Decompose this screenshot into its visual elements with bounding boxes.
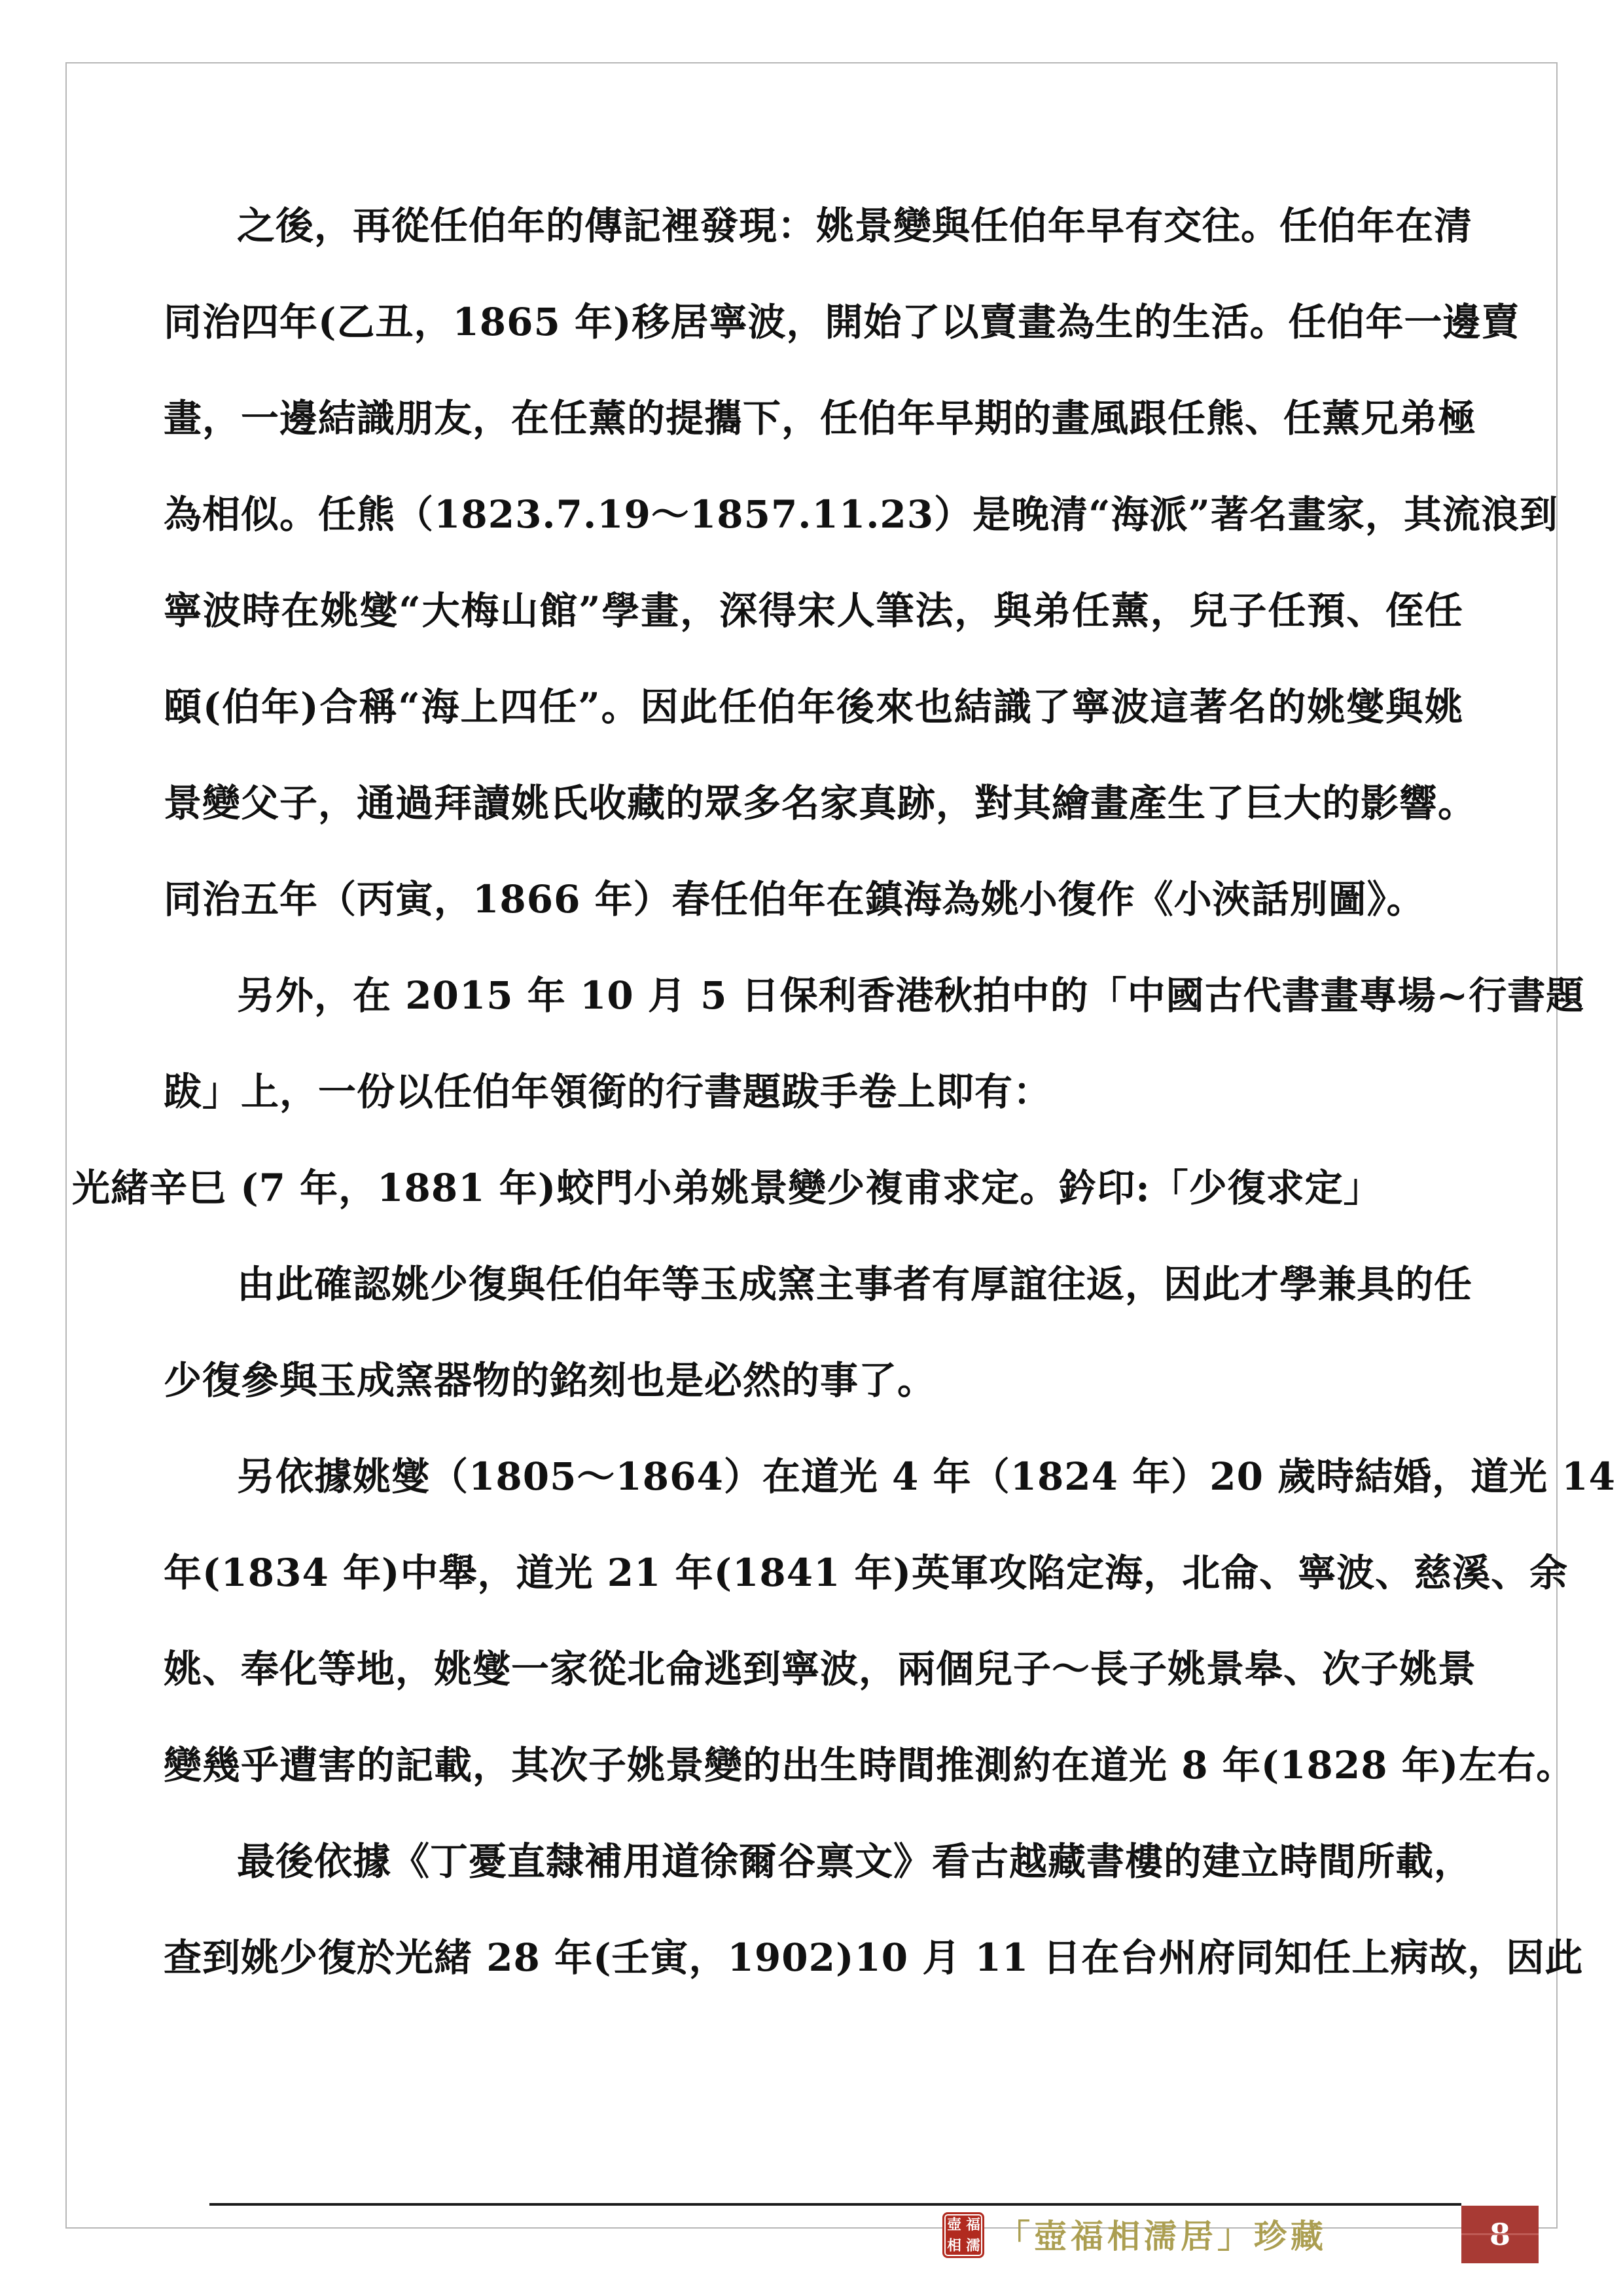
- footer-collection-caption: 「壺福相濡居」珍藏: [997, 2214, 1327, 2259]
- text-line: 頤(伯年)合稱“海上四任”。因此任伯年後來也結識了寧波這著名的姚燮與姚: [164, 659, 1463, 755]
- text-line: 年(1834 年)中舉，道光 21 年(1841 年)英軍攻陷定海，北侖、寧波、…: [164, 1525, 1463, 1621]
- body-text: 之後，再從任伯年的傳記裡發現：姚景變與任伯年早有交往。任伯年在清 同治四年(乙丑…: [164, 178, 1463, 2006]
- page-number-badge: 8: [1461, 2206, 1539, 2263]
- text-line: 變幾乎遭害的記載，其次子姚景變的出生時間推測約在道光 8 年(1828 年)左右…: [164, 1717, 1463, 1814]
- text-line: 最後依據《丁憂直隸補用道徐爾谷禀文》看古越藏書樓的建立時間所載，: [164, 1814, 1463, 1910]
- text-line: 跋」上，一份以任伯年領銜的行書題跋手卷上即有：: [164, 1044, 1463, 1140]
- text-line: 由此確認姚少復與任伯年等玉成窯主事者有厚誼往返，因此才學兼具的任: [164, 1236, 1463, 1333]
- text-line: 同治五年（丙寅，1866 年）春任伯年在鎮海為姚小復作《小浹話別圖》。: [164, 852, 1463, 948]
- text-line: 另外，在 2015 年 10 月 5 日保利香港秋拍中的「中國古代書畫專場~行書…: [164, 948, 1463, 1044]
- text-line-quote: 光緒辛巳 (7 年，1881 年)蛟門小弟姚景變少複甫求定。鈐印:「少復求定」: [72, 1140, 1463, 1236]
- text-line: 景變父子，通過拜讀姚氏收藏的眾多名家真跡，對其繪畫產生了巨大的影響。: [164, 755, 1463, 852]
- text-line: 另依據姚燮（1805～1864）在道光 4 年（1824 年）20 歲時結婚，道…: [164, 1429, 1463, 1525]
- text-line: 之後，再從任伯年的傳記裡發現：姚景變與任伯年早有交往。任伯年在清: [164, 178, 1463, 274]
- text-line: 少復參與玉成窯器物的銘刻也是必然的事了。: [164, 1333, 1463, 1429]
- footer-divider-rule: [209, 2203, 1461, 2206]
- text-line: 寧波時在姚燮“大梅山館”學畫，深得宋人筆法，與弟任薰，兒子任預、侄任: [164, 563, 1463, 659]
- page-badge-rule: [1461, 2233, 1539, 2235]
- text-line: 查到姚少復於光緒 28 年(壬寅，1902)10 月 11 日在台州府同知任上病…: [164, 1910, 1463, 2006]
- seal-char: 壺: [947, 2217, 961, 2232]
- seal-char: 福: [966, 2217, 980, 2232]
- document-page: { "doc": { "lines": [ {"text": "之後，再從任伯年…: [0, 0, 1623, 2296]
- text-line: 同治四年(乙丑，1865 年)移居寧波，開始了以賣畫為生的生活。任伯年一邊賣: [164, 274, 1463, 370]
- text-line: 姚、奉化等地，姚燮一家從北侖逃到寧波，兩個兒子～長子姚景皋、次子姚景: [164, 1621, 1463, 1717]
- seal-char: 濡: [966, 2238, 980, 2253]
- collection-seal-stamp-icon: 壺 福 相 濡: [942, 2212, 984, 2258]
- text-line: 畫，一邊結識朋友，在任薰的提攜下，任伯年早期的畫風跟任熊、任薰兄弟極: [164, 370, 1463, 467]
- seal-char: 相: [947, 2238, 961, 2253]
- text-line: 為相似。任熊（1823.7.19～1857.11.23）是晚清“海派”著名畫家，…: [164, 467, 1463, 563]
